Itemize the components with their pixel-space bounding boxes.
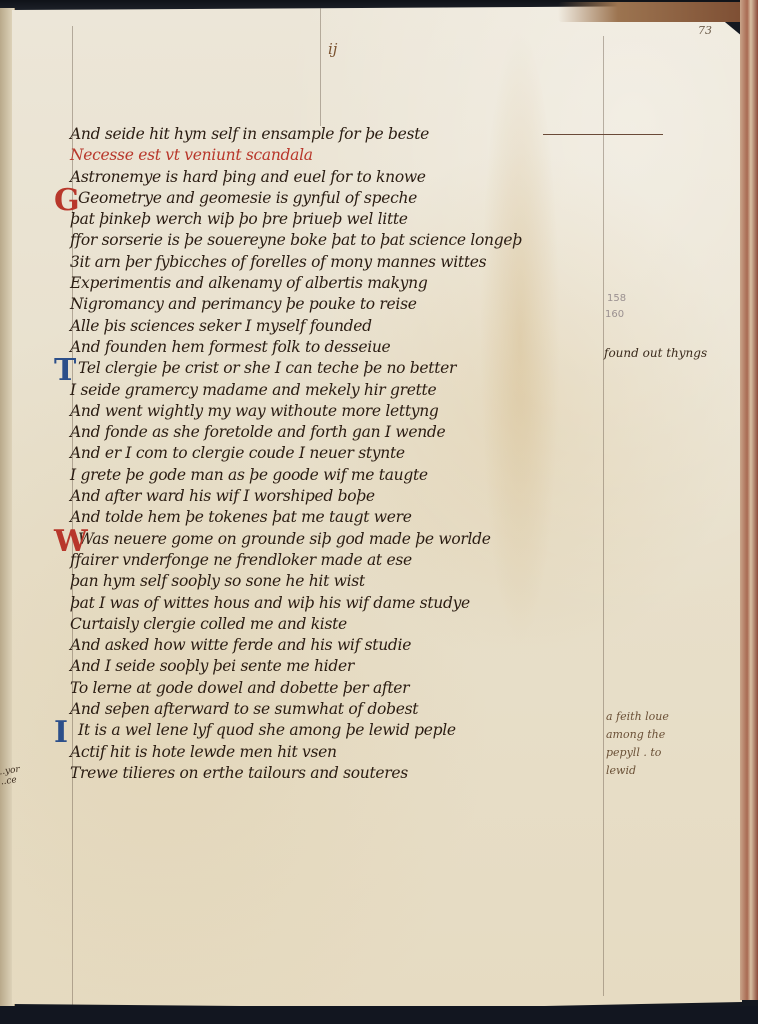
verse-line: ffairer vnderfonge ne frendloker made at… <box>70 550 670 571</box>
quire-signature: ij <box>328 40 337 58</box>
verse-line: þan hym self sooþly so sone he hit wist <box>70 571 670 592</box>
blue-initial: I <box>54 718 68 748</box>
verse-line: þat I was of wittes hous and wiþ his wif… <box>70 593 670 614</box>
binding-top-edge <box>558 2 758 22</box>
verse-line: To lerne at gode dowel and dobette þer a… <box>70 678 670 699</box>
verse-line-with-initial: T Tel clergie þe crist or she I can tech… <box>70 358 670 379</box>
verse-line-with-initial: G Geometrye and geomesie is gynful of sp… <box>70 188 670 209</box>
pencil-number: 160 <box>605 309 624 320</box>
margin-note-line: pepyll . to <box>606 744 669 762</box>
verse-line: And after ward his wif I worshiped boþe <box>70 486 670 507</box>
verse-line: Trewe tilieres on erthe tailours and sou… <box>70 763 670 784</box>
verse-line: And I seide sooþly þei sente me hider <box>70 656 670 677</box>
left-margin-fragment: ..yor ..ce <box>0 765 22 788</box>
verse-line: And seide hit hym self in ensample for þ… <box>70 124 670 145</box>
verse-line: Nigromancy and perimancy þe pouke to rei… <box>70 294 670 315</box>
verse-line: þat þinkeþ werch wiþ þo þre þriueþ wel l… <box>70 209 670 230</box>
verse-line: And founden hem formest folk to desseiue <box>70 337 670 358</box>
verse-line: And went wightly my way withoute more le… <box>70 401 670 422</box>
verse-line: Astronemye is hard þing and euel for to … <box>70 167 670 188</box>
pencil-number: 158 <box>607 293 626 304</box>
verse-line: Alle þis sciences seker I myself founded <box>70 316 670 337</box>
verse-line: 3it arn þer fybicches of forelles of mon… <box>70 252 670 273</box>
verse-line-text: Geometrye and geomesie is gynful of spec… <box>78 189 417 207</box>
verse-line: And asked how witte ferde and his wif st… <box>70 635 670 656</box>
page-edges <box>740 0 758 1000</box>
verse-line-text: Was neuere gome on grounde siþ god made … <box>78 530 491 548</box>
folio-number: 73 <box>698 24 712 37</box>
verse-line: Curtaisly clergie colled me and kiste <box>70 614 670 635</box>
margin-note-line: among the <box>606 726 669 744</box>
verse-line-text: It is a wel lene lyf quod she among þe l… <box>78 721 456 739</box>
margin-note-line: lewid <box>606 762 669 780</box>
verse-line: Actif hit is hote lewde men hit vsen <box>70 742 670 763</box>
ruling-line-center <box>320 6 321 126</box>
margin-note-line: a feith loue <box>606 708 669 726</box>
verse-line: ffor sorserie is þe souereyne boke þat t… <box>70 230 670 251</box>
verse-line: And seþen afterward to se sumwhat of dob… <box>70 699 670 720</box>
verse-line: Experimentis and alkenamy of albertis ma… <box>70 273 670 294</box>
verse-line-text: Tel clergie þe crist or she I can teche … <box>78 359 456 377</box>
verse-text-block: And seide hit hym self in ensample for þ… <box>70 124 670 784</box>
margin-note-lower: a feith loue among the pepyll . to lewid <box>606 708 669 780</box>
latin-rubric-line: Necesse est vt veniunt scandala <box>70 145 670 166</box>
verse-line: And tolde hem þe tokenes þat me taugt we… <box>70 507 670 528</box>
verse-line-with-initial: W Was neuere gome on grounde siþ god mad… <box>70 529 670 550</box>
verse-line-with-initial: I It is a wel lene lyf quod she among þe… <box>70 720 670 741</box>
verse-line: I seide gramercy madame and mekely hir g… <box>70 380 670 401</box>
photo-background-bottom <box>0 1006 758 1024</box>
verse-line: And er I com to clergie coude I neuer st… <box>70 443 670 464</box>
verse-line: I grete þe gode man as þe goode wif me t… <box>70 465 670 486</box>
margin-note-upper: found out thyngs <box>604 346 707 360</box>
verse-line: And fonde as she foretolde and forth gan… <box>70 422 670 443</box>
